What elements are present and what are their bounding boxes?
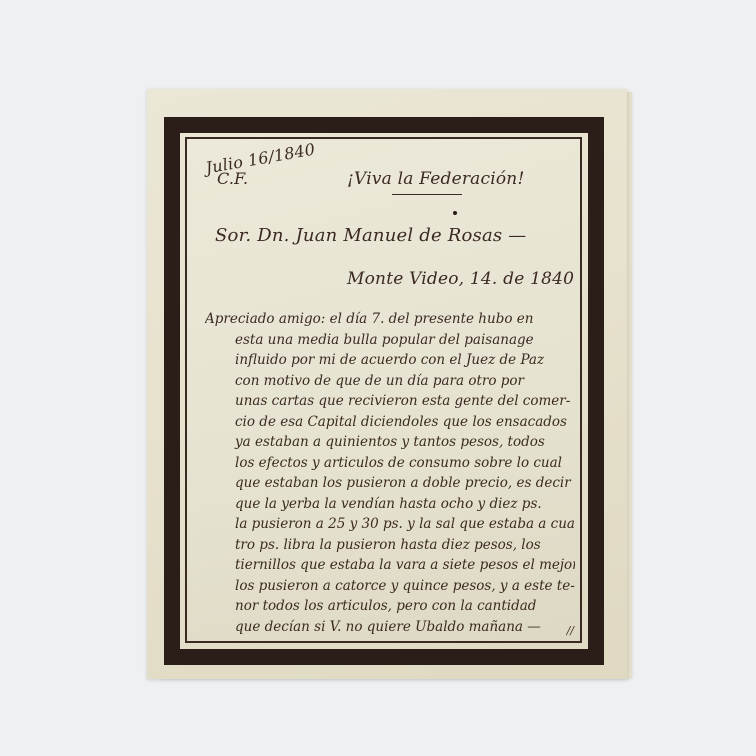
ink-dot bbox=[453, 211, 457, 215]
body-line: que estaban los pusieron a doble precio,… bbox=[205, 473, 575, 494]
body-line: cio de esa Capital diciendoles que los e… bbox=[205, 412, 575, 433]
body-line: la pusieron a 25 y 30 ps. y la sal que e… bbox=[205, 514, 575, 535]
body-line: que decían si V. no quiere Ubaldo mañana… bbox=[205, 617, 575, 638]
body-line: ya estaban a quinientos y tantos pesos, … bbox=[205, 432, 575, 453]
body-line: unas cartas que recivieron esta gente de… bbox=[205, 391, 575, 412]
letter-content-frame: Julio 16/1840 C.F. ¡Viva la Federación! … bbox=[185, 137, 582, 643]
addressee: Sor. Dn. Juan Manuel de Rosas — bbox=[215, 225, 526, 246]
body-line: los pusieron a catorce y quince pesos, y… bbox=[205, 576, 575, 597]
body-line: influido por mi de acuerdo con el Juez d… bbox=[205, 350, 575, 371]
slogan-underline bbox=[392, 194, 462, 195]
body-line: con motivo de que de un día para otro po… bbox=[205, 371, 575, 392]
page-continuation-mark: // bbox=[567, 624, 574, 637]
body-line: tro ps. libra la pusieron hasta diez pes… bbox=[205, 535, 575, 556]
body-line: tiernillos que estaba la vara a siete pe… bbox=[205, 555, 575, 576]
place-date: Monte Video, 14. de 1840 — bbox=[347, 269, 582, 289]
slogan-heading: ¡Viva la Federación! bbox=[347, 169, 524, 189]
body-line: esta una media bulla popular del paisana… bbox=[205, 330, 575, 351]
body-line: que la yerba la vendían hasta ocho y die… bbox=[205, 494, 575, 515]
body-line: Apreciado amigo: el día 7. del presente … bbox=[205, 309, 575, 330]
body-line: nor todos los articulos, pero con la can… bbox=[205, 596, 575, 617]
body-line: los efectos y articulos de consumo sobre… bbox=[205, 453, 575, 474]
letter-body: Apreciado amigo: el día 7. del presente … bbox=[205, 309, 575, 637]
initials: C.F. bbox=[217, 169, 248, 188]
